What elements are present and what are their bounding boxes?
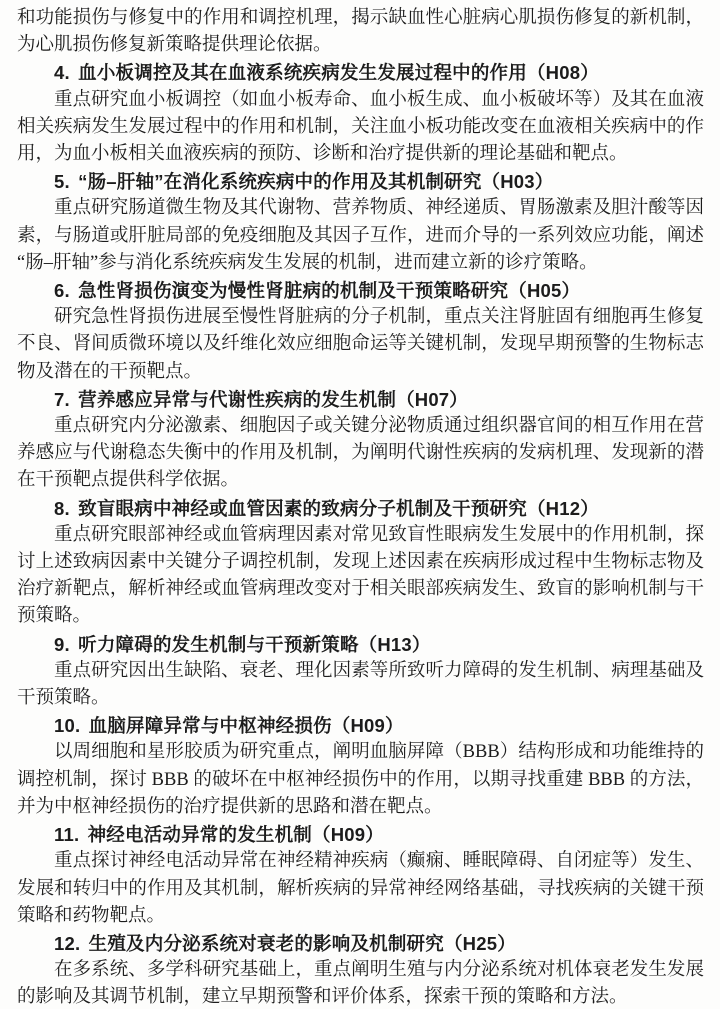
topic-code: （H09） bbox=[312, 824, 384, 845]
topic-number: 7. bbox=[54, 389, 70, 410]
topic-code: （H03） bbox=[482, 171, 554, 192]
topic-section-7: 7.营养感应异常与代谢性疾病的发生机制（H07） 重点研究内分泌激素、细胞因子或… bbox=[17, 386, 704, 495]
topic-heading: 10.血脑屏障异常与中枢神经损伤（H09） bbox=[17, 712, 704, 739]
topic-section-8: 8.致盲眼病中神经或血管因素的致病分子机制及干预研究（H12） 重点研究眼部神经… bbox=[17, 495, 704, 631]
topic-section-10: 10.血脑屏障异常与中枢神经损伤（H09） 以周细胞和星形胶质为研究重点，阐明血… bbox=[17, 712, 704, 821]
topic-code: （H09） bbox=[332, 715, 404, 736]
topic-title: 神经电活动异常的发生机制 bbox=[88, 824, 312, 845]
document-page: 和功能损伤与修复中的作用和调控机理，揭示缺血性心脏病心肌损伤修复的新机制，为心肌… bbox=[0, 0, 720, 1009]
topic-number: 8. bbox=[54, 498, 70, 519]
topic-section-4: 4.血小板调控及其在血液系统疾病发生发展过程中的作用（H08） 重点研究血小板调… bbox=[17, 59, 704, 168]
topic-body: 重点研究内分泌激素、细胞因子或关键分泌物质通过组织器官间的相互作用在营养感应与代… bbox=[17, 413, 704, 495]
topic-code: （H07） bbox=[396, 389, 468, 410]
topic-title: 血小板调控及其在血液系统疾病发生发展过程中的作用 bbox=[78, 62, 527, 83]
topic-title: 营养感应异常与代谢性疾病的发生机制 bbox=[78, 389, 396, 410]
topic-number: 10. bbox=[54, 715, 80, 736]
topic-body: 重点研究眼部神经或血管病理因素对常见致盲性眼病发生发展中的作用机制，探讨上述致病… bbox=[17, 522, 704, 631]
topic-code: （H25） bbox=[444, 933, 516, 954]
topic-heading: 6.急性肾损伤演变为慢性肾脏病的机制及干预策略研究（H05） bbox=[17, 277, 704, 304]
topic-number: 5. bbox=[54, 171, 70, 192]
continuation-paragraph: 和功能损伤与修复中的作用和调控机理，揭示缺血性心脏病心肌损伤修复的新机制，为心肌… bbox=[17, 5, 704, 59]
topic-body: 重点探讨神经电活动异常在神经精神疾病（癫痫、睡眠障碍、自闭症等）发生、发展和转归… bbox=[17, 848, 704, 930]
topic-heading: 8.致盲眼病中神经或血管因素的致病分子机制及干预研究（H12） bbox=[17, 495, 704, 522]
topic-body: 重点研究肠道微生物及其代谢物、营养物质、神经递质、胃肠激素及胆汁酸等因素，与肠道… bbox=[17, 195, 704, 277]
topic-code: （H13） bbox=[359, 634, 431, 655]
topic-title: 致盲眼病中神经或血管因素的致病分子机制及干预研究 bbox=[78, 498, 527, 519]
topic-number: 11. bbox=[54, 824, 79, 845]
topic-section-11: 11.神经电活动异常的发生机制（H09） 重点探讨神经电活动异常在神经精神疾病（… bbox=[17, 821, 704, 930]
topic-title: 血脑屏障异常与中枢神经损伤 bbox=[89, 715, 332, 736]
topic-section-6: 6.急性肾损伤演变为慢性肾脏病的机制及干预策略研究（H05） 研究急性肾损伤进展… bbox=[17, 277, 704, 386]
topic-number: 12. bbox=[54, 933, 80, 954]
topic-title: 听力障碍的发生机制与干预新策略 bbox=[78, 634, 359, 655]
topic-number: 6. bbox=[54, 280, 70, 301]
topic-body: 重点研究因出生缺陷、衰老、理化因素等所致听力障碍的发生机制、病理基础及干预策略。 bbox=[17, 658, 704, 712]
topic-code: （H05） bbox=[508, 280, 580, 301]
topic-section-12: 12.生殖及内分泌系统对衰老的影响及机制研究（H25） 在多系统、多学科研究基础… bbox=[17, 930, 704, 1009]
topic-code: （H08） bbox=[527, 62, 599, 83]
topic-body: 重点研究血小板调控（如血小板寿命、血小板生成、血小板破坏等）及其在血液相关疾病发… bbox=[17, 87, 704, 169]
topic-number: 9. bbox=[54, 634, 70, 655]
topic-body: 在多系统、多学科研究基础上，重点阐明生殖与内分泌系统对机体衰老发生发展的影响及其… bbox=[17, 957, 704, 1009]
topic-title: “肠–肝轴”在消化系统疾病中的作用及其机制研究 bbox=[78, 171, 481, 192]
topic-code: （H12） bbox=[527, 498, 599, 519]
topic-heading: 5.“肠–肝轴”在消化系统疾病中的作用及其机制研究（H03） bbox=[17, 168, 704, 195]
topic-heading: 7.营养感应异常与代谢性疾病的发生机制（H07） bbox=[17, 386, 704, 413]
topic-body: 研究急性肾损伤进展至慢性肾脏病的分子机制，重点关注肾脏固有细胞再生修复不良、肾间… bbox=[17, 304, 704, 386]
topic-section-5: 5.“肠–肝轴”在消化系统疾病中的作用及其机制研究（H03） 重点研究肠道微生物… bbox=[17, 168, 704, 277]
topic-heading: 9.听力障碍的发生机制与干预新策略（H13） bbox=[17, 631, 704, 658]
topic-body: 以周细胞和星形胶质为研究重点，阐明血脑屏障（BBB）结构形成和功能维持的调控机制… bbox=[17, 739, 704, 821]
topic-heading: 4.血小板调控及其在血液系统疾病发生发展过程中的作用（H08） bbox=[17, 59, 704, 86]
topic-section-9: 9.听力障碍的发生机制与干预新策略（H13） 重点研究因出生缺陷、衰老、理化因素… bbox=[17, 631, 704, 713]
topic-heading: 12.生殖及内分泌系统对衰老的影响及机制研究（H25） bbox=[17, 930, 704, 957]
topic-heading: 11.神经电活动异常的发生机制（H09） bbox=[17, 821, 704, 848]
topic-title: 生殖及内分泌系统对衰老的影响及机制研究 bbox=[89, 933, 444, 954]
topic-title: 急性肾损伤演变为慢性肾脏病的机制及干预策略研究 bbox=[78, 280, 508, 301]
topic-number: 4. bbox=[54, 62, 70, 83]
